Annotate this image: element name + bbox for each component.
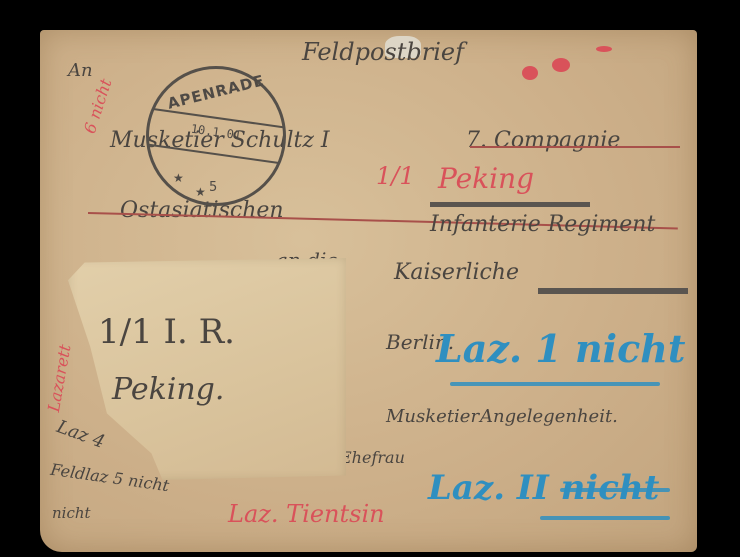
red-redirect-prefix: 1/1 xyxy=(376,162,415,190)
patch-line1: 1/1 I. R. xyxy=(98,312,235,352)
bottom-left-line1: Laz 4 xyxy=(54,416,108,453)
blue-annotation-1: Laz. 1 nicht xyxy=(436,326,685,371)
red-ink-mark xyxy=(596,46,612,52)
annotation-an: An xyxy=(68,60,93,81)
blue-underline xyxy=(560,488,670,492)
star-icon: ★ xyxy=(195,185,206,199)
left-margin-red-top: 6 nicht xyxy=(80,76,115,136)
line6-word: Angelegenheit. xyxy=(480,406,618,427)
left-margin-red-bottom: Lazarett xyxy=(44,343,75,413)
line7: Ehefrau xyxy=(340,448,405,467)
red-ink-dot xyxy=(552,58,570,72)
strikethrough-line xyxy=(470,146,680,148)
pencil-scribble-strike xyxy=(538,288,688,294)
regiment-struck: Infanterie Regiment xyxy=(430,212,655,237)
patch-line2: Peking. xyxy=(112,372,224,407)
line6-left: Musketier xyxy=(386,406,479,427)
line4-word: Kaiserliche xyxy=(394,260,519,285)
postmark-number: 5 xyxy=(209,180,217,195)
company-struck: 7. Compagnie xyxy=(466,128,620,153)
bottom-left-line2: Feldlaz 5 nicht xyxy=(49,460,170,495)
bottom-red-annotation: Laz. Tientsin xyxy=(228,500,385,528)
star-icon: ★ xyxy=(173,171,184,185)
red-ink-dot xyxy=(522,66,538,80)
postmark-stamp: APENRADE 10.1.01 ★ ★ 5 xyxy=(146,66,286,206)
blue-underline xyxy=(450,382,660,386)
bottom-left-line3: nicht xyxy=(52,504,91,522)
annotation-feldpostbrief: Feldpostbrief xyxy=(302,38,464,66)
red-redirect-city: Peking xyxy=(438,162,534,195)
pencil-strike-bar xyxy=(430,202,590,207)
blue-underline xyxy=(540,516,670,520)
